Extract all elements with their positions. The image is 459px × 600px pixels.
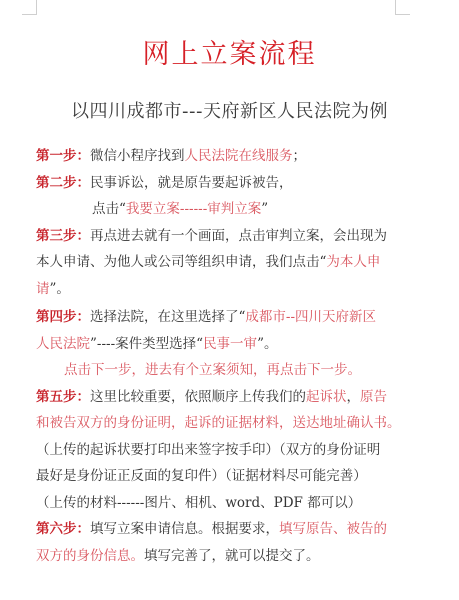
step-4-text-2: ”----案件类型选择“ bbox=[90, 336, 203, 352]
step-4-case-type: 民事一审 bbox=[203, 336, 257, 352]
step-5-highlight-plaintiff: 原告 bbox=[360, 389, 387, 405]
step-2-line-2: 点击“我要立案------审判立案” bbox=[36, 196, 396, 223]
step-5-line-4: 最好是身份证正反面的复印件）（证据材料尽可能完善） bbox=[36, 463, 396, 490]
step-1-label: 第一步： bbox=[36, 148, 90, 164]
step-3-text-2: 本人申请、为他人或公司等组织申请，我们点击“ bbox=[36, 254, 326, 270]
step-5-label: 第五步： bbox=[36, 389, 90, 405]
step-5-line-3: （上传的起诉状要打印出来签字按手印）（双方的身份证明 bbox=[36, 437, 396, 464]
page-corner-mark-right bbox=[395, 0, 410, 15]
step-4-text: 选择法院，在这里选择了“ bbox=[90, 309, 245, 325]
step-4-highlight: 成都市--四川天府新区 bbox=[245, 309, 376, 325]
step-6-text: 填写立案申请信息。根据要求， bbox=[90, 521, 279, 537]
step-6-label: 第六步： bbox=[36, 521, 90, 537]
step-3-label: 第三步： bbox=[36, 228, 90, 244]
step-6-line-2: 双方的身份信息。填写完善了，就可以提交了。 bbox=[36, 543, 396, 570]
step-6-highlight-cont: 双方的身份信息。 bbox=[36, 548, 144, 564]
step-5-line-5: （上传的材料------图片、相机、word、PDF 都可以） bbox=[36, 490, 396, 517]
step-1-highlight: 人民法院在线服务 bbox=[185, 148, 293, 164]
step-4-note: 点击下一步，进去有个立案须知，再点击下一步。 bbox=[36, 357, 396, 384]
document-subtitle: 以四川成都市---天府新区人民法院为例 bbox=[0, 97, 459, 123]
step-1-text-end: ； bbox=[293, 148, 307, 164]
document-title: 网上立案流程 bbox=[0, 32, 459, 71]
step-6: 第六步：填写立案申请信息。根据要求，填写原告、被告的 bbox=[36, 516, 396, 543]
step-1: 第一步：微信小程序找到人民法院在线服务； bbox=[36, 143, 396, 170]
step-3: 第三步：再点进去就有一个画面，点击审判立案，会出现为 bbox=[36, 223, 396, 250]
step-3-line-3: 请”。 bbox=[36, 276, 396, 303]
step-5-comma: ， bbox=[347, 389, 361, 405]
step-6-text-end: 填写完善了，就可以提交了。 bbox=[144, 548, 320, 564]
step-1-text: 微信小程序找到 bbox=[90, 148, 185, 164]
step-5-text: 这里比较重要，依照顺序上传我们的 bbox=[90, 389, 306, 405]
step-3-text: 再点进去就有一个画面，点击审判立案，会出现为 bbox=[90, 228, 387, 244]
step-4-label: 第四步： bbox=[36, 309, 90, 325]
step-6-highlight: 填写原告、被告的 bbox=[279, 521, 387, 537]
step-3-highlight-cont: 请 bbox=[36, 281, 50, 297]
step-5-line-2: 和被告双方的身份证明，起诉的证据材料，送达地址确认书。 bbox=[36, 410, 396, 437]
step-5-highlight-complaint: 起诉状 bbox=[306, 389, 347, 405]
step-5: 第五步：这里比较重要，依照顺序上传我们的起诉状，原告 bbox=[36, 384, 396, 411]
step-2-quote-end: ” bbox=[261, 201, 268, 217]
step-2-text: 民事诉讼，就是原告要起诉被告， bbox=[90, 175, 293, 191]
step-2-label: 第二步： bbox=[36, 175, 90, 191]
step-3-highlight: 为本人申 bbox=[326, 254, 380, 270]
step-2: 第二步：民事诉讼，就是原告要起诉被告， bbox=[36, 170, 396, 197]
steps-content: 第一步：微信小程序找到人民法院在线服务； 第二步：民事诉讼，就是原告要起诉被告，… bbox=[36, 143, 396, 569]
step-3-line-2: 本人申请、为他人或公司等组织申请，我们点击“为本人申 bbox=[36, 249, 396, 276]
step-4-line-2: 人民法院”----案件类型选择“民事一审”。 bbox=[36, 331, 396, 358]
step-4-text-end: ”。 bbox=[257, 336, 277, 352]
page-corner-mark-left bbox=[22, 0, 37, 15]
step-3-text-end: ”。 bbox=[50, 281, 70, 297]
step-4: 第四步：选择法院，在这里选择了“成都市--四川天府新区 bbox=[36, 304, 396, 331]
step-2-click-text: 点击“ bbox=[92, 201, 126, 217]
step-4-highlight-cont: 人民法院 bbox=[36, 336, 90, 352]
step-2-highlight: 我要立案------审判立案 bbox=[126, 201, 261, 217]
